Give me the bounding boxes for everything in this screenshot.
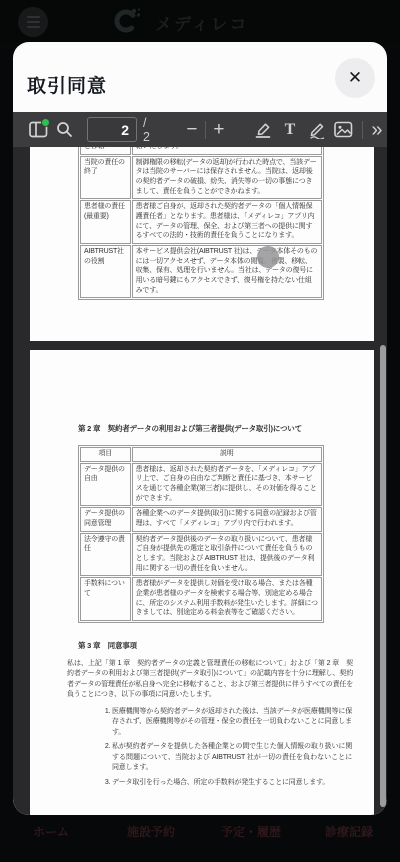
close-button[interactable]: ✕ bbox=[335, 58, 375, 98]
table-row: と移転 転いたします。 bbox=[80, 147, 322, 155]
touch-indicator bbox=[257, 246, 279, 268]
table-cell-desc: 転いたします。 bbox=[132, 147, 322, 155]
search-button[interactable] bbox=[51, 117, 77, 143]
text-tool-button[interactable]: T bbox=[277, 117, 303, 143]
app-logo: メディレコ bbox=[112, 5, 249, 40]
pen-signature-icon bbox=[308, 121, 326, 139]
more-tools-button[interactable]: » bbox=[363, 117, 387, 143]
agreement-item: データ取引を行った場合、所定の手数料が発生することに同意します。 bbox=[112, 778, 352, 789]
minus-icon: − bbox=[186, 120, 197, 139]
zoom-in-button[interactable]: + bbox=[206, 117, 232, 143]
close-icon: ✕ bbox=[348, 68, 362, 88]
table-cell-desc: 患者様ご自身が、返却された契約者データの「個人情報保護責任者」となります。患者様… bbox=[132, 200, 322, 244]
table-cell-desc: 患者様がデータを提供し対価を受け取る場合、または各種企業が患者様のデータを検索す… bbox=[132, 577, 322, 621]
thumbnails-sidebar-button[interactable] bbox=[25, 117, 51, 143]
nav-item-medical-records[interactable]: 診療記録 bbox=[325, 823, 373, 840]
agreement-list: 医療機関等から契約者データが返却された後は、当該データが医療機関等に保存されず、… bbox=[30, 707, 352, 789]
table-row: 患者様の責任(最重要) 患者様ご自身が、返却された契約者データの「個人情報保護責… bbox=[80, 200, 322, 244]
table-row: データ提供の自由 患者様は、返却された契約者データを、「メディレコ」アプリ上で、… bbox=[80, 463, 322, 507]
table-row: 法令遵守の責任 契約者データ提供後のデータの取り扱いについて、患者様ご自身が提供… bbox=[80, 533, 322, 577]
scrollbar-thumb[interactable] bbox=[380, 345, 386, 807]
table-row: AIBTRUST社の役割 本サービス提供会社(AIBTRUST 社)は、データ本… bbox=[80, 245, 322, 298]
table-cell-desc: 制御権限の移転(データの返却)が行われた時点で、当該データは当院のサーバーには保… bbox=[132, 156, 322, 200]
app-header: メディレコ bbox=[0, 0, 400, 42]
zoom-out-button[interactable]: − bbox=[179, 117, 205, 143]
table-cell-desc: 契約者データ提供後のデータの取り扱いについて、患者様ご自身が提供先の選定と取引条… bbox=[132, 533, 322, 577]
insert-image-button[interactable] bbox=[331, 117, 357, 143]
page-number-input[interactable] bbox=[87, 117, 137, 142]
double-chevron-right-icon: » bbox=[371, 120, 380, 140]
table-cell-label: 法令遵守の責任 bbox=[80, 533, 131, 577]
column-header-desc: 説明 bbox=[132, 447, 322, 462]
table-cell-desc: 本サービス提供会社(AIBTRUST 社)は、データ本体そのものには一切アクセス… bbox=[132, 245, 322, 298]
modal-title: 取引同意 bbox=[27, 71, 107, 98]
image-icon bbox=[334, 121, 353, 138]
logo-text: メディレコ bbox=[155, 10, 249, 35]
consent-intro-paragraph: 私は、上記「第 1 章 契約者データの定義と管理責任の移転について」および「第 … bbox=[67, 659, 353, 701]
column-header-item: 項目 bbox=[80, 447, 131, 462]
plus-icon: + bbox=[213, 120, 224, 139]
table-row: 手数料について 患者様がデータを提供し対価を受け取る場合、または各種企業が患者様… bbox=[80, 577, 322, 621]
data-trading-table: 項目 説明 データ提供の自由 患者様は、返却された契約者データを、「メディレコ」… bbox=[78, 445, 324, 623]
transaction-consent-modal: 取引同意 ✕ / 2 − + bbox=[13, 42, 387, 815]
pdf-toolbar: / 2 − + T bbox=[13, 112, 387, 147]
text-tool-icon: T bbox=[285, 121, 296, 139]
table-cell-label: データ提供の自由 bbox=[80, 463, 131, 507]
pdf-scroll-area[interactable]: と移転 転いたします。 当院の責任の終了 制御権限の移転(データの返却)が行われ… bbox=[13, 147, 387, 815]
notification-dot bbox=[41, 118, 50, 127]
table-cell-label: 手数料について bbox=[80, 577, 131, 621]
hamburger-menu-icon[interactable] bbox=[18, 7, 48, 37]
page-count-label: / 2 bbox=[143, 116, 151, 144]
highlight-tool-button[interactable] bbox=[250, 117, 276, 143]
bottom-nav: ホーム 施設予約 予定・履歴 診療記録 bbox=[0, 818, 400, 844]
agreement-item: 医療機関等から契約者データが返却された後は、当該データが医療機関等に保存されず、… bbox=[112, 707, 352, 739]
table-cell-label: と移転 bbox=[80, 147, 131, 155]
nav-item-home[interactable]: ホーム bbox=[33, 823, 69, 840]
table-row: データ提供の同意管理 各種企業へのデータ提供(取引)に関する同意の記録および管理… bbox=[80, 507, 322, 531]
nav-item-schedule-history[interactable]: 予定・履歴 bbox=[221, 823, 281, 840]
table-header-row: 項目 説明 bbox=[80, 447, 322, 462]
table-cell-label: 患者様の責任(最重要) bbox=[80, 200, 131, 244]
table-cell-desc: 各種企業へのデータ提供(取引)に関する同意の記録および管理は、すべて「メディレコ… bbox=[132, 507, 322, 531]
table-row: 当院の責任の終了 制御権限の移転(データの返却)が行われた時点で、当該データは当… bbox=[80, 156, 322, 200]
modal-header: 取引同意 ✕ bbox=[13, 42, 387, 112]
table-cell-label: データ提供の同意管理 bbox=[80, 507, 131, 531]
pdf-page-1: と移転 転いたします。 当院の責任の終了 制御権限の移転(データの返却)が行われ… bbox=[30, 147, 374, 341]
nav-item-facility-booking[interactable]: 施設予約 bbox=[127, 823, 175, 840]
table-cell-label: AIBTRUST社の役割 bbox=[80, 245, 131, 298]
chapter2-heading: 第 2 章 契約者データの利用および第三者提供(データ取引)について bbox=[78, 350, 374, 434]
logo-mark-icon bbox=[112, 5, 142, 40]
search-icon bbox=[56, 121, 73, 138]
responsibility-table: と移転 転いたします。 当院の責任の終了 制御権限の移転(データの返却)が行われ… bbox=[78, 147, 324, 300]
chapter3-heading: 第 3 章 同意事項 bbox=[78, 640, 374, 651]
table-cell-desc: 患者様は、返却された契約者データを、「メディレコ」アプリ上で、ご自身の自由なご判… bbox=[132, 463, 322, 507]
highlighter-icon bbox=[254, 121, 272, 139]
agreement-item: 私が契約者データを提供した各種企業との間で生じた個人情報の取り扱いに関する問題に… bbox=[112, 742, 352, 774]
pdf-page-2: 第 2 章 契約者データの利用および第三者提供(データ取引)について 項目 説明… bbox=[30, 350, 374, 815]
draw-tool-button[interactable] bbox=[304, 117, 330, 143]
table-cell-label: 当院の責任の終了 bbox=[80, 156, 131, 200]
